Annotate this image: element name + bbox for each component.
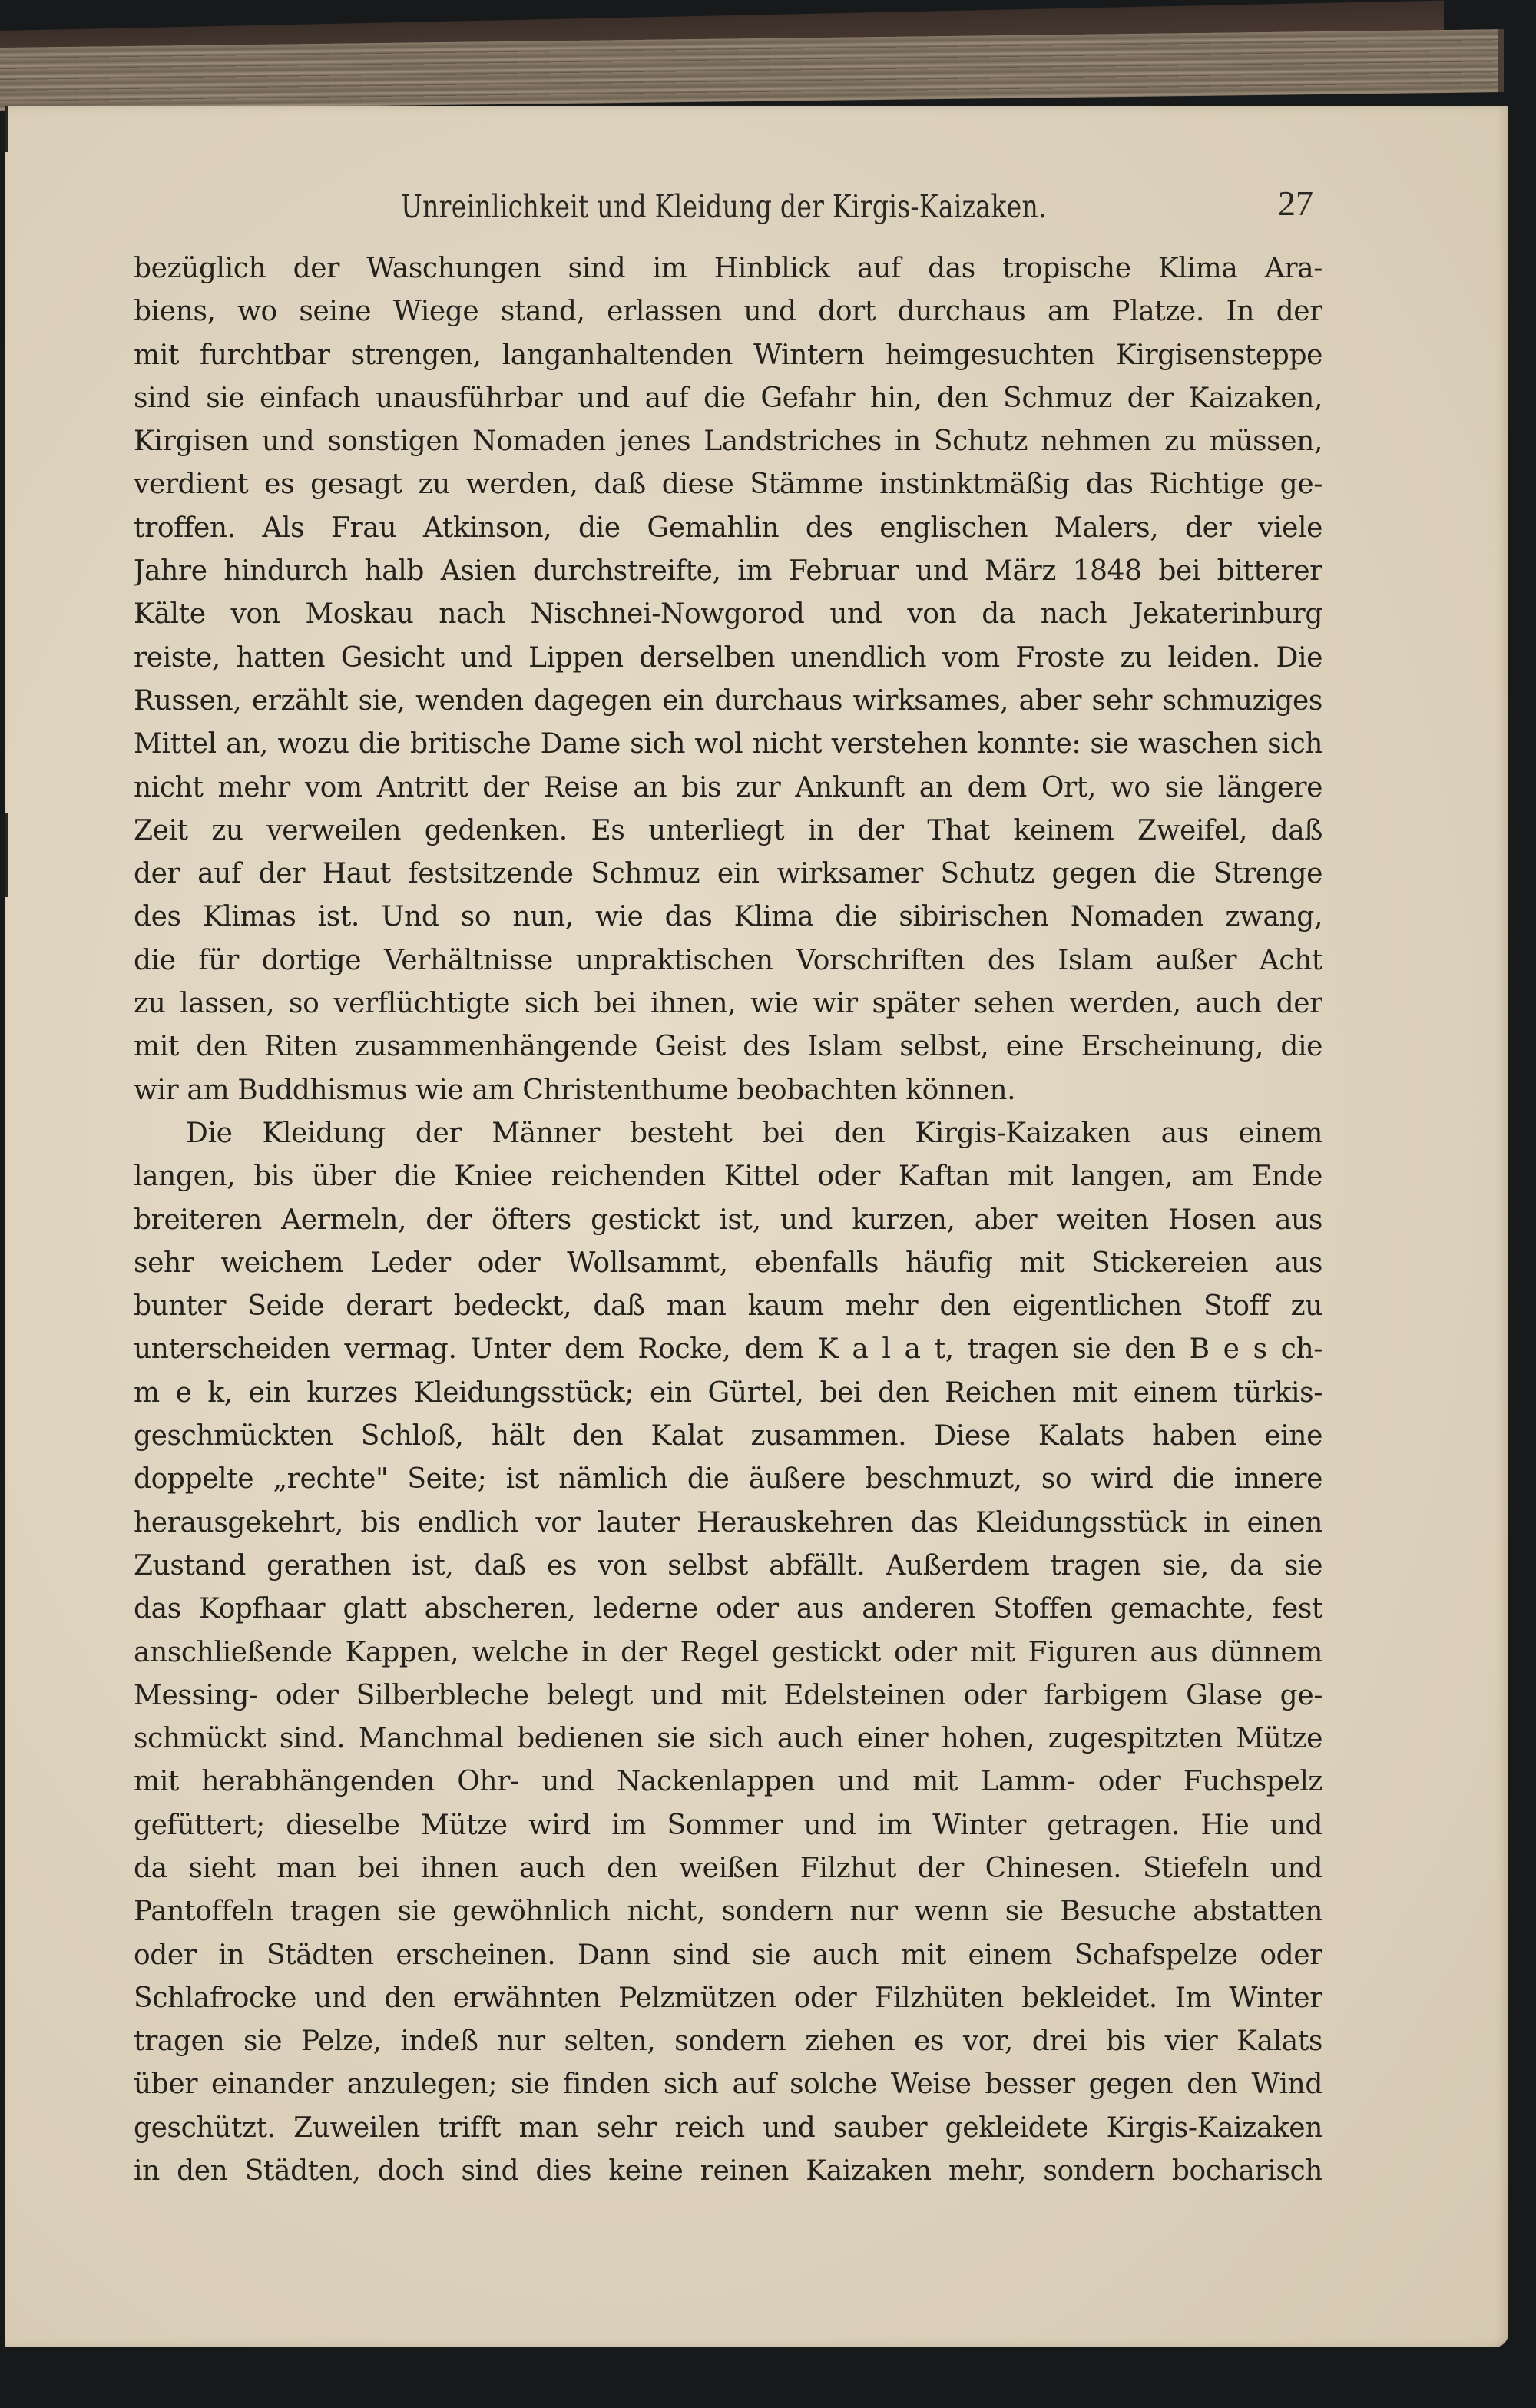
page-header: Unreinlichkeit und Kleidung der Kirgis-K… — [138, 183, 1313, 229]
text-line: mit herabhängenden Ohr- und Nackenlappen… — [134, 1760, 1322, 1804]
text-line: bezüglich der Waschungen sind im Hinblic… — [134, 247, 1322, 290]
text-line: langen, bis über die Kniee reichenden Ki… — [134, 1155, 1322, 1198]
text-line: nicht mehr vom Antritt der Reise an bis … — [134, 767, 1322, 810]
text-line: biens, wo seine Wiege stand, erlassen un… — [134, 290, 1322, 333]
text-line: breiteren Aermeln, der öfters gestickt i… — [134, 1199, 1322, 1242]
text-line: sind sie einfach unausführbar und auf di… — [134, 377, 1322, 420]
text-line: oder in Städten erscheinen. Dann sind si… — [134, 1934, 1322, 1977]
text-line: wir am Buddhismus wie am Christenthume b… — [134, 1069, 1322, 1112]
text-line: über einander anzulegen; sie finden sich… — [134, 2063, 1322, 2106]
text-line: reiste, hatten Gesicht und Lippen dersel… — [134, 637, 1322, 680]
text-line: das Kopfhaar glatt abscheren, lederne od… — [134, 1588, 1322, 1631]
body-text: bezüglich der Waschungen sind im Hinblic… — [134, 247, 1322, 2193]
text-line: tragen sie Pelze, indeß nur selten, sond… — [134, 2020, 1322, 2063]
text-line: Kirgisen und sonstigen Nomaden jenes Lan… — [134, 420, 1322, 463]
text-line: m e k, ein kurzes Kleidungsstück; ein Gü… — [134, 1372, 1322, 1415]
text-line: herausgekehrt, bis endlich vor lauter He… — [134, 1502, 1322, 1545]
text-line: unterscheiden vermag. Unter dem Rocke, d… — [134, 1328, 1322, 1371]
text-line: doppelte „rechte" Seite; ist nämlich die… — [134, 1458, 1322, 1501]
text-line: Zustand gerathen ist, daß es von selbst … — [134, 1545, 1322, 1588]
text-line: Zeit zu verweilen gedenken. Es unterlieg… — [134, 810, 1322, 853]
text-line: bunter Seide derart bedeckt, daß man kau… — [134, 1285, 1322, 1328]
paragraph-1: bezüglich der Waschungen sind im Hinblic… — [134, 247, 1322, 1112]
scanned-book-scene: Unreinlichkeit und Kleidung der Kirgis-K… — [0, 0, 1536, 2408]
text-line: schmückt sind. Manchmal bedienen sie sic… — [134, 1717, 1322, 1760]
text-line: Kälte von Moskau nach Nischnei-Nowgorod … — [134, 593, 1322, 636]
running-title: Unreinlichkeit und Kleidung der Kirgis-K… — [401, 187, 1047, 225]
text-line: Die Kleidung der Männer besteht bei den … — [134, 1112, 1322, 1155]
text-line: zu lassen, so verflüchtigte sich bei ihn… — [134, 982, 1322, 1025]
text-line: da sieht man bei ihnen auch den weißen F… — [134, 1847, 1322, 1890]
paragraph-2: Die Kleidung der Männer besteht bei den … — [134, 1112, 1322, 2193]
text-line: geschützt. Zuweilen trifft man sehr reic… — [134, 2107, 1322, 2150]
page-number: 27 — [1278, 183, 1313, 224]
gutter-mark — [5, 813, 8, 897]
text-line: die für dortige Verhältnisse unpraktisch… — [134, 939, 1322, 982]
text-line: Messing- oder Silberbleche belegt und mi… — [134, 1674, 1322, 1717]
text-line: Russen, erzählt sie, wenden dagegen ein … — [134, 680, 1322, 723]
text-line: Schlafrocke und den erwähnten Pelzmützen… — [134, 1977, 1322, 2020]
text-line: anschließende Kappen, welche in der Rege… — [134, 1631, 1322, 1674]
text-line: Mittel an, wozu die britische Dame sich … — [134, 723, 1322, 766]
text-line: sehr weichem Leder oder Wollsammt, ebenf… — [134, 1242, 1322, 1285]
gutter-shadow — [5, 106, 8, 152]
text-line: mit den Riten zusammenhängende Geist des… — [134, 1025, 1322, 1068]
text-line: geschmückten Schloß, hält den Kalat zusa… — [134, 1415, 1322, 1458]
text-line: verdient es gesagt zu werden, daß diese … — [134, 463, 1322, 506]
text-line: des Klimas ist. Und so nun, wie das Klim… — [134, 896, 1322, 939]
text-line: mit furchtbar strengen, langanhaltenden … — [134, 334, 1322, 377]
text-line: in den Städten, doch sind dies keine rei… — [134, 2150, 1322, 2193]
text-line: gefüttert; dieselbe Mütze wird im Sommer… — [134, 1804, 1322, 1847]
text-line: Jahre hindurch halb Asien durchstreifte,… — [134, 550, 1322, 593]
text-line: der auf der Haut festsitzende Schmuz ein… — [134, 853, 1322, 896]
text-line: troffen. Als Frau Atkinson, die Gemahlin… — [134, 507, 1322, 550]
text-line: Pantoffeln tragen sie gewöhnlich nicht, … — [134, 1890, 1322, 1933]
